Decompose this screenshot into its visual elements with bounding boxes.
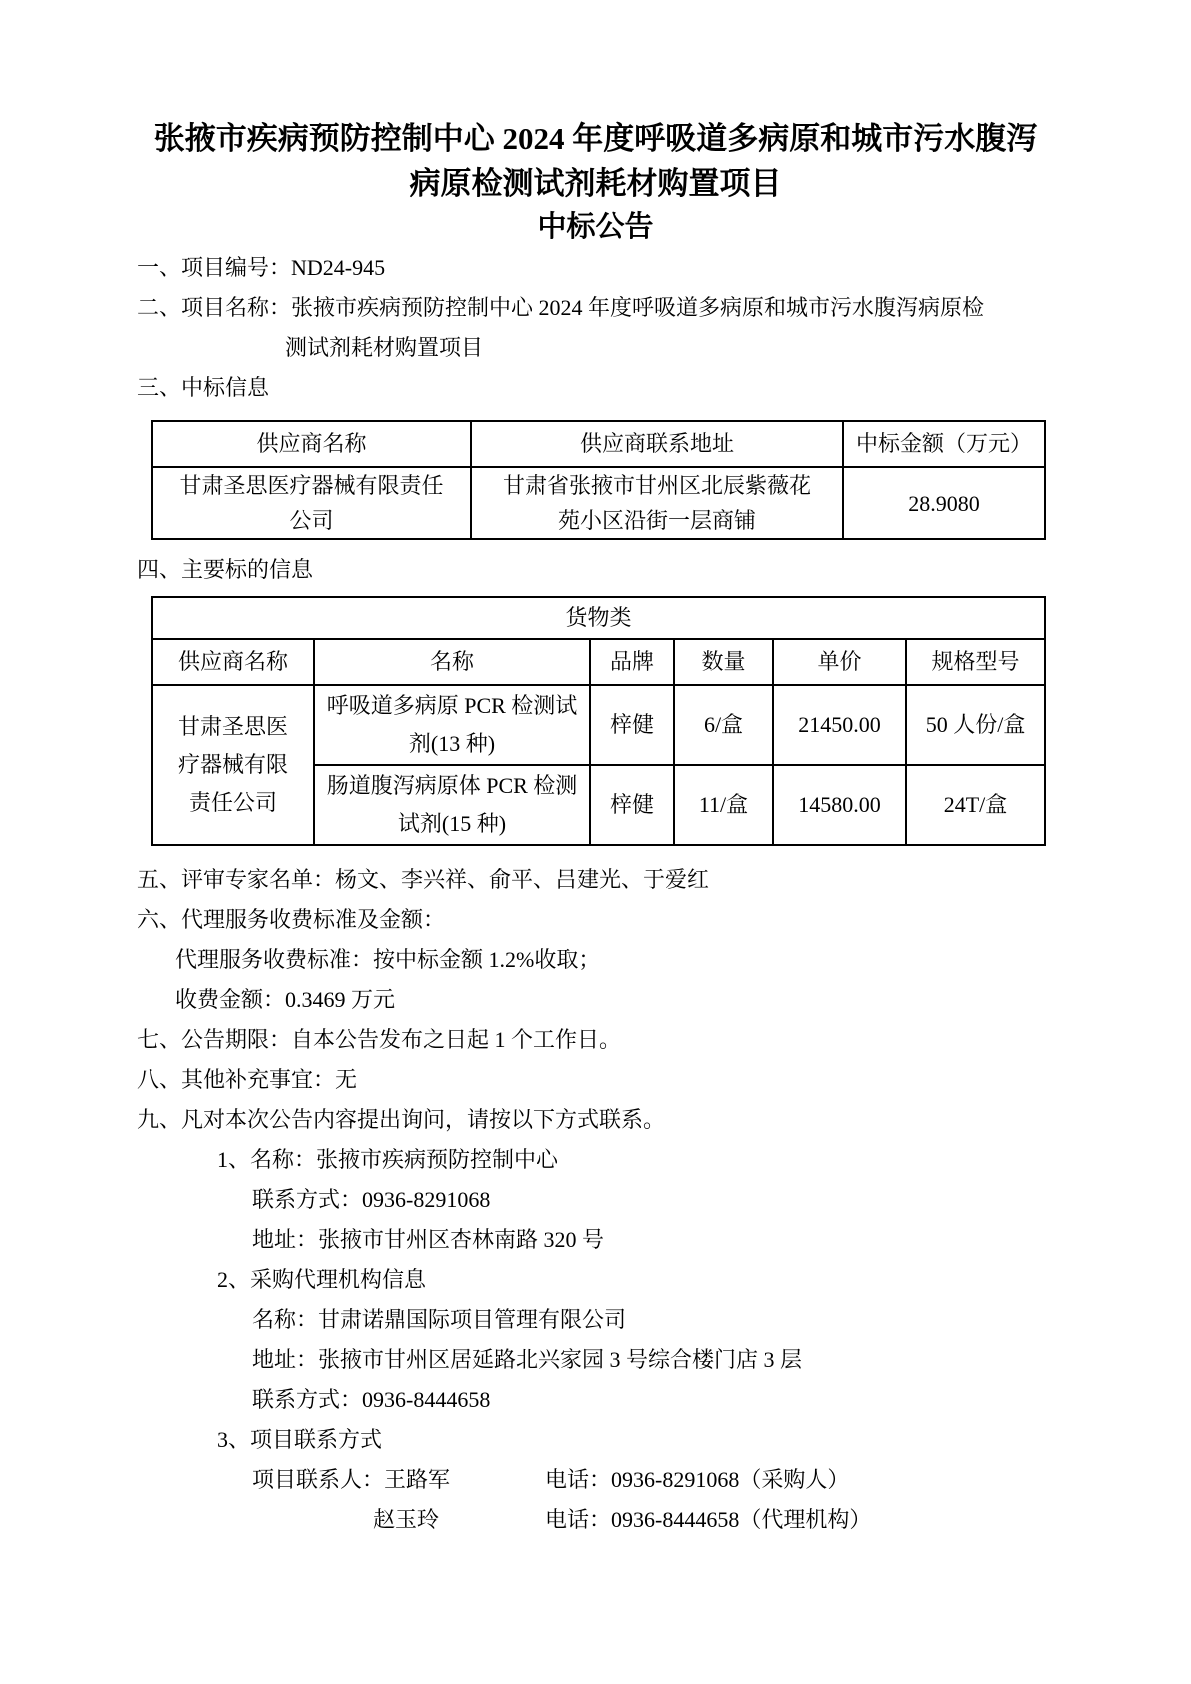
agency-fee-amount: 收费金额：0.3469 万元 [137,980,1054,1020]
subject-cell-quantity: 11/盒 [674,765,773,845]
section-inquiry-intro: 九、凡对本次公告内容提出询问，请按以下方式联系。 [137,1100,1054,1140]
project-contact-row: 项目联系人：王路军 电话：0936-8291068（采购人） [137,1460,1054,1500]
agency-contact: 联系方式：0936-8444658 [137,1380,1054,1420]
award-cell-amount: 28.9080 [843,467,1045,539]
subject-header-quantity: 数量 [674,639,773,685]
subject-cell-brand: 梓健 [590,765,674,845]
award-table-data-row: 甘肃圣思医疗器械有限责任公司 甘肃省张掖市甘州区北辰紫薇花苑小区沿街一层商铺 2… [152,467,1045,539]
subject-cell-spec: 50 人份/盒 [906,685,1045,765]
purchaser-contact: 联系方式：0936-8291068 [137,1180,1054,1220]
subject-header-supplier: 供应商名称 [152,639,314,685]
section-experts: 五、评审专家名单：杨文、李兴祥、俞平、吕建光、于爱红 [137,860,1054,900]
section-agency-fee-heading: 六、代理服务收费标准及金额： [137,900,1054,940]
subject-category-cell: 货物类 [152,597,1045,639]
section-announcement-period: 七、公告期限：自本公告发布之日起 1 个工作日。 [137,1020,1054,1060]
purchaser-address: 地址：张掖市甘州区杏林南路 320 号 [137,1220,1054,1260]
document-subtitle: 中标公告 [137,206,1054,248]
award-info-table: 供应商名称 供应商联系地址 中标金额（万元） 甘肃圣思医疗器械有限责任公司 甘肃… [151,420,1046,540]
award-table-header-row: 供应商名称 供应商联系地址 中标金额（万元） [152,421,1045,467]
document-content: 张掖市疾病预防控制中心 2024 年度呼吸道多病原和城市污水腹泻病原检测试剂耗材… [0,0,1191,1540]
subject-info-table: 货物类 供应商名称 名称 品牌 数量 单价 规格型号 甘肃圣思医疗器械有限责任公… [151,596,1046,846]
project-contact-row: 赵玉玲 电话：0936-8444658（代理机构） [137,1500,1054,1540]
agency-name: 名称：甘肃诺鼎国际项目管理有限公司 [137,1300,1054,1340]
award-header-supplier: 供应商名称 [152,421,471,467]
subject-category-row: 货物类 [152,597,1045,639]
section-project-number: 一、项目编号：ND24-945 [137,248,1054,288]
subject-header-unit-price: 单价 [773,639,906,685]
subject-cell-unit-price: 14580.00 [773,765,906,845]
subject-header-row: 供应商名称 名称 品牌 数量 单价 规格型号 [152,639,1045,685]
purchaser-name: 1、名称：张掖市疾病预防控制中心 [137,1140,1054,1180]
section-project-name: 二、项目名称：张掖市疾病预防控制中心 2024 年度呼吸道多病原和城市污水腹泻病… [137,288,997,368]
contact-phone: 电话：0936-8291068（采购人） [545,1460,849,1500]
subject-cell-supplier: 甘肃圣思医疗器械有限责任公司 [152,685,314,845]
agency-address: 地址：张掖市甘州区居延路北兴家园 3 号综合楼门店 3 层 [137,1340,1054,1380]
section-award-info-heading: 三、中标信息 [137,368,1054,408]
subject-data-row: 甘肃圣思医疗器械有限责任公司 呼吸道多病原 PCR 检测试剂(13 种) 梓健 … [152,685,1045,765]
contact-person: 项目联系人：王路军 [252,1460,545,1500]
contact-person: 赵玉玲 [252,1500,545,1540]
subject-header-name: 名称 [314,639,590,685]
award-header-amount: 中标金额（万元） [843,421,1045,467]
subject-header-spec: 规格型号 [906,639,1045,685]
subject-header-brand: 品牌 [590,639,674,685]
section-other-matters: 八、其他补充事宜：无 [137,1060,1054,1100]
subject-cell-spec: 24T/盒 [906,765,1045,845]
subject-cell-quantity: 6/盒 [674,685,773,765]
agency-fee-standard: 代理服务收费标准：按中标金额 1.2%收取； [137,940,1054,980]
agency-heading: 2、采购代理机构信息 [137,1260,1054,1300]
contact-phone: 电话：0936-8444658（代理机构） [545,1500,871,1540]
project-contact-heading: 3、项目联系方式 [137,1420,1054,1460]
document-page: 张掖市疾病预防控制中心 2024 年度呼吸道多病原和城市污水腹泻病原检测试剂耗材… [0,0,1191,1684]
document-title: 张掖市疾病预防控制中心 2024 年度呼吸道多病原和城市污水腹泻病原检测试剂耗材… [140,116,1052,206]
subject-cell-unit-price: 21450.00 [773,685,906,765]
award-header-address: 供应商联系地址 [471,421,843,467]
section-subject-info-heading: 四、主要标的信息 [137,550,1054,590]
award-cell-supplier: 甘肃圣思医疗器械有限责任公司 [152,467,471,539]
award-cell-address: 甘肃省张掖市甘州区北辰紫薇花苑小区沿街一层商铺 [471,467,843,539]
subject-cell-brand: 梓健 [590,685,674,765]
subject-cell-name: 呼吸道多病原 PCR 检测试剂(13 种) [314,685,590,765]
subject-cell-name: 肠道腹泻病原体 PCR 检测试剂(15 种) [314,765,590,845]
